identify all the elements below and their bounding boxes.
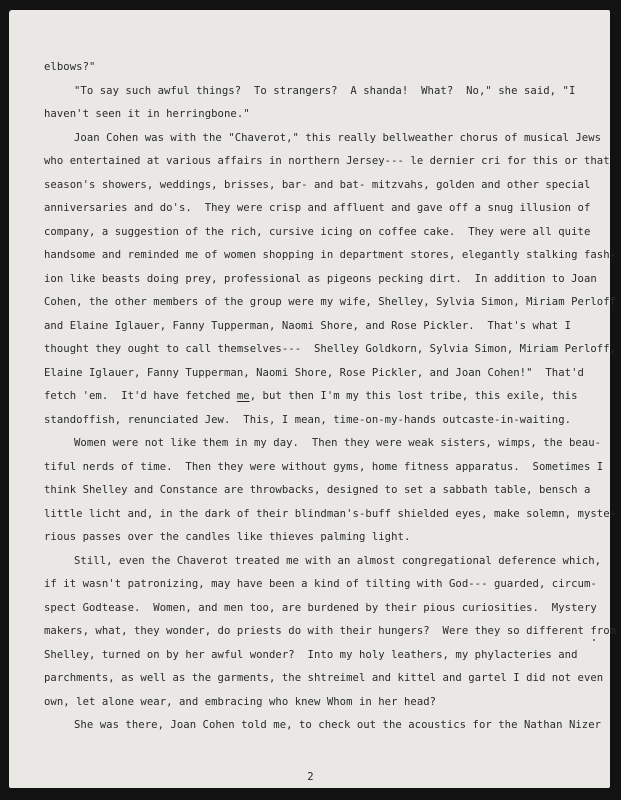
text-line: tiful nerds of time. Then they were with…	[44, 456, 584, 480]
text-line: rious passes over the candles like thiev…	[44, 526, 584, 550]
underlined-word: me	[237, 390, 250, 402]
text-line: Cohen, the other members of the group we…	[44, 291, 584, 315]
text-line: fetch 'em. It'd have fetched me, but the…	[44, 385, 584, 409]
text-line: little licht and, in the dark of their b…	[44, 503, 584, 527]
text-line: Shelley, turned on by her awful wonder? …	[44, 644, 584, 668]
text-line: and Elaine Iglauer, Fanny Tupperman, Nao…	[44, 315, 584, 339]
text-line: anniversaries and do's. They were crisp …	[44, 197, 584, 221]
text-line: elbows?"	[44, 56, 584, 80]
text-line: standoffish, renunciated Jew. This, I me…	[44, 409, 584, 433]
text-line: spect Godtease. Women, and men too, are …	[44, 597, 584, 621]
text-segment: fetch 'em. It'd have fetched	[44, 390, 237, 402]
text-line: handsome and reminded me of women shoppi…	[44, 244, 584, 268]
text-line: parchments, as well as the garments, the…	[44, 667, 584, 691]
text-line: if it wasn't patronizing, may have been …	[44, 573, 584, 597]
text-line: ion like beasts doing prey, professional…	[44, 268, 584, 292]
text-segment: , but then I'm my this lost tribe, this …	[250, 390, 578, 402]
text-line: thought they ought to call themselves---…	[44, 338, 584, 362]
page-number: 2	[0, 770, 621, 784]
text-line: company, a suggestion of the rich, cursi…	[44, 221, 584, 245]
text-line: Elaine Iglauer, Fanny Tupperman, Naomi S…	[44, 362, 584, 386]
text-line: who entertained at various affairs in no…	[44, 150, 584, 174]
text-line: haven't seen it in herringbone."	[44, 103, 584, 127]
text-line: Women were not like them in my day. Then…	[44, 432, 584, 456]
text-line: Still, even the Chaverot treated me with…	[44, 550, 584, 574]
body-text: elbows?""To say such awful things? To st…	[44, 56, 584, 738]
text-line: "To say such awful things? To strangers?…	[44, 80, 584, 104]
text-line: Joan Cohen was with the "Chaverot," this…	[44, 127, 584, 151]
text-line: makers, what, they wonder, do priests do…	[44, 620, 584, 644]
text-line: She was there, Joan Cohen told me, to ch…	[44, 714, 584, 738]
paper-speck	[593, 639, 595, 641]
text-line: own, let alone wear, and embracing who k…	[44, 691, 584, 715]
text-line: season's showers, weddings, brisses, bar…	[44, 174, 584, 198]
text-line: think Shelley and Constance are throwbac…	[44, 479, 584, 503]
